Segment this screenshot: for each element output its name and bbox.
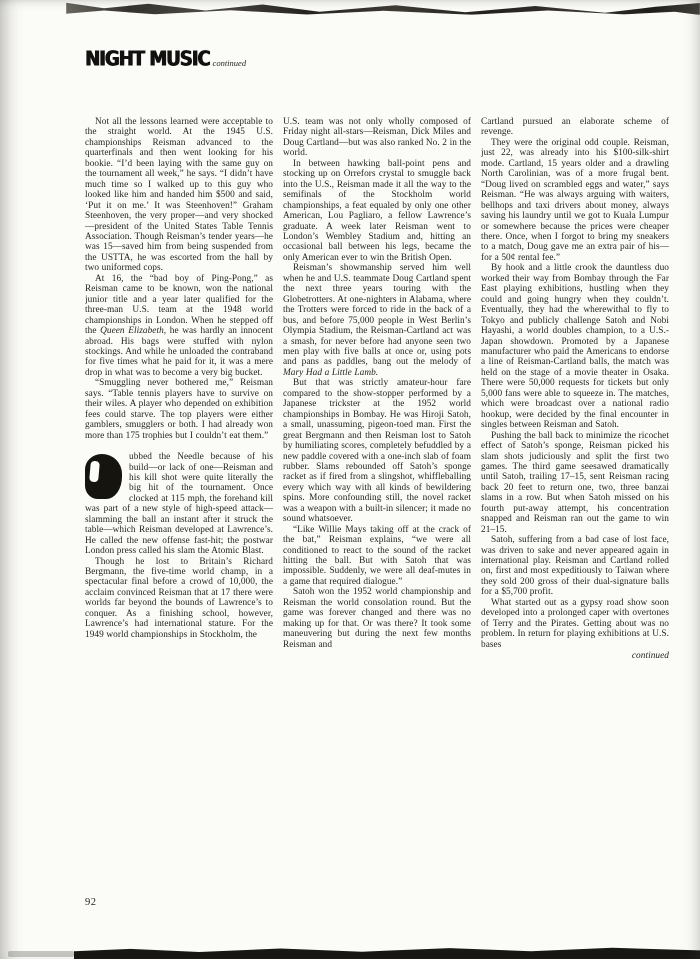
body-text: Not all the lessons learned were accepta… xyxy=(85,117,273,273)
paragraph: “Smuggling never bothered me,” Reisman s… xyxy=(85,378,273,441)
paragraph: continued xyxy=(481,651,669,661)
body-text: They were the original odd couple. Reism… xyxy=(481,138,669,263)
body-text: Satoh won the 1952 world championship an… xyxy=(283,587,471,649)
article-header: NIGHT MUSICcontinued xyxy=(85,50,246,71)
dropcap-letter: D xyxy=(85,454,122,499)
italic-text: Mary Had a Little Lamb. xyxy=(283,368,378,378)
body-text: Cartland pursued an elaborate scheme of … xyxy=(481,117,669,137)
header-continued-label: continued xyxy=(213,58,247,68)
article-body: Not all the lessons learned were accepta… xyxy=(85,117,669,903)
body-text: continued xyxy=(632,651,669,661)
scan-edge-top xyxy=(66,0,700,15)
paragraph: Pushing the ball back to minimize the ri… xyxy=(481,431,669,536)
body-text: U.S. team was not only wholly composed o… xyxy=(283,117,471,158)
paragraph: Satoh won the 1952 world championship an… xyxy=(283,587,471,650)
paragraph: Not all the lessons learned were accepta… xyxy=(85,117,273,274)
paragraph: What started out as a gypsy road show so… xyxy=(481,598,669,650)
paragraph: At 16, the “bad boy of Ping-Pong,” as Re… xyxy=(85,274,273,379)
body-text: Pushing the ball back to minimize the ri… xyxy=(481,431,669,535)
paragraph: But that was strictly amateur-hour fare … xyxy=(283,378,471,524)
magazine-page: NIGHT MUSICcontinued Not all the lessons… xyxy=(0,0,700,959)
scan-edge-bottom xyxy=(74,945,700,959)
body-text: “Like Willie Mays taking off at the crac… xyxy=(283,525,471,587)
paragraph: Reisman’s showmanship served him well wh… xyxy=(283,263,471,378)
body-text: Reisman’s showmanship served him well wh… xyxy=(283,263,471,367)
body-text: “Smuggling never bothered me,” Reisman s… xyxy=(85,378,273,440)
body-text: Though he lost to Britain’s Richard Berg… xyxy=(85,557,273,640)
body-text: Satoh, suffering from a bad case of lost… xyxy=(481,535,669,597)
body-text: What started out as a gypsy road show so… xyxy=(481,598,669,650)
text-column-3: Cartland pursued an elaborate scheme of … xyxy=(481,117,669,903)
body-text: By hook and a little crook the dauntless… xyxy=(481,263,669,430)
paragraph: They were the original odd couple. Reism… xyxy=(481,138,669,263)
paragraph: In between hawking ball-point pens and s… xyxy=(283,159,471,264)
night-music-logo: NIGHT MUSIC xyxy=(85,47,210,71)
page-number: 92 xyxy=(85,897,97,908)
paragraph: Cartland pursued an elaborate scheme of … xyxy=(481,117,669,138)
text-column-1: Not all the lessons learned were accepta… xyxy=(85,117,273,903)
paragraph: U.S. team was not only wholly composed o… xyxy=(283,117,471,159)
paragraph: Dubbed the Needle because of his build—o… xyxy=(85,452,273,557)
paragraph: By hook and a little crook the dauntless… xyxy=(481,263,669,430)
scan-edge-bottom-left xyxy=(8,951,74,957)
paragraph: Satoh, suffering from a bad case of lost… xyxy=(481,535,669,598)
body-text: In between hawking ball-point pens and s… xyxy=(283,159,471,263)
italic-text: Queen Elizabeth, xyxy=(100,326,166,336)
paragraph: “Like Willie Mays taking off at the crac… xyxy=(283,525,471,588)
paragraph: Though he lost to Britain’s Richard Berg… xyxy=(85,557,273,641)
body-text: But that was strictly amateur-hour fare … xyxy=(283,378,471,524)
text-column-2: U.S. team was not only wholly composed o… xyxy=(283,117,471,903)
